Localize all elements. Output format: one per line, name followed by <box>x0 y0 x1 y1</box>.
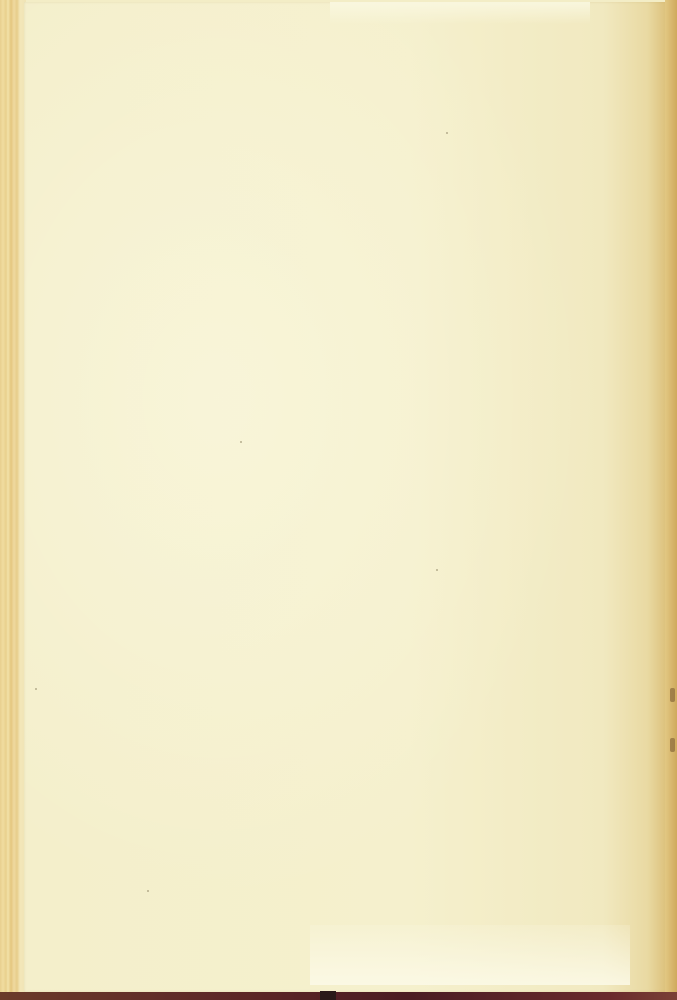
paper-speck <box>147 890 149 892</box>
paper-speck <box>240 441 242 443</box>
scan-background <box>0 0 677 1000</box>
paper-speck <box>35 688 37 690</box>
page-edges <box>0 0 26 994</box>
gutter-mark <box>670 688 675 702</box>
gutter-mark <box>670 738 675 752</box>
paper-speck <box>446 132 448 134</box>
right-gutter <box>665 0 677 1000</box>
blank-page <box>24 2 667 992</box>
scan-light-strip-bottom <box>310 925 630 985</box>
scan-light-strip-top <box>330 2 590 24</box>
book-binding <box>0 992 677 1000</box>
binding-clip <box>320 991 336 1000</box>
paper-speck <box>436 569 438 571</box>
